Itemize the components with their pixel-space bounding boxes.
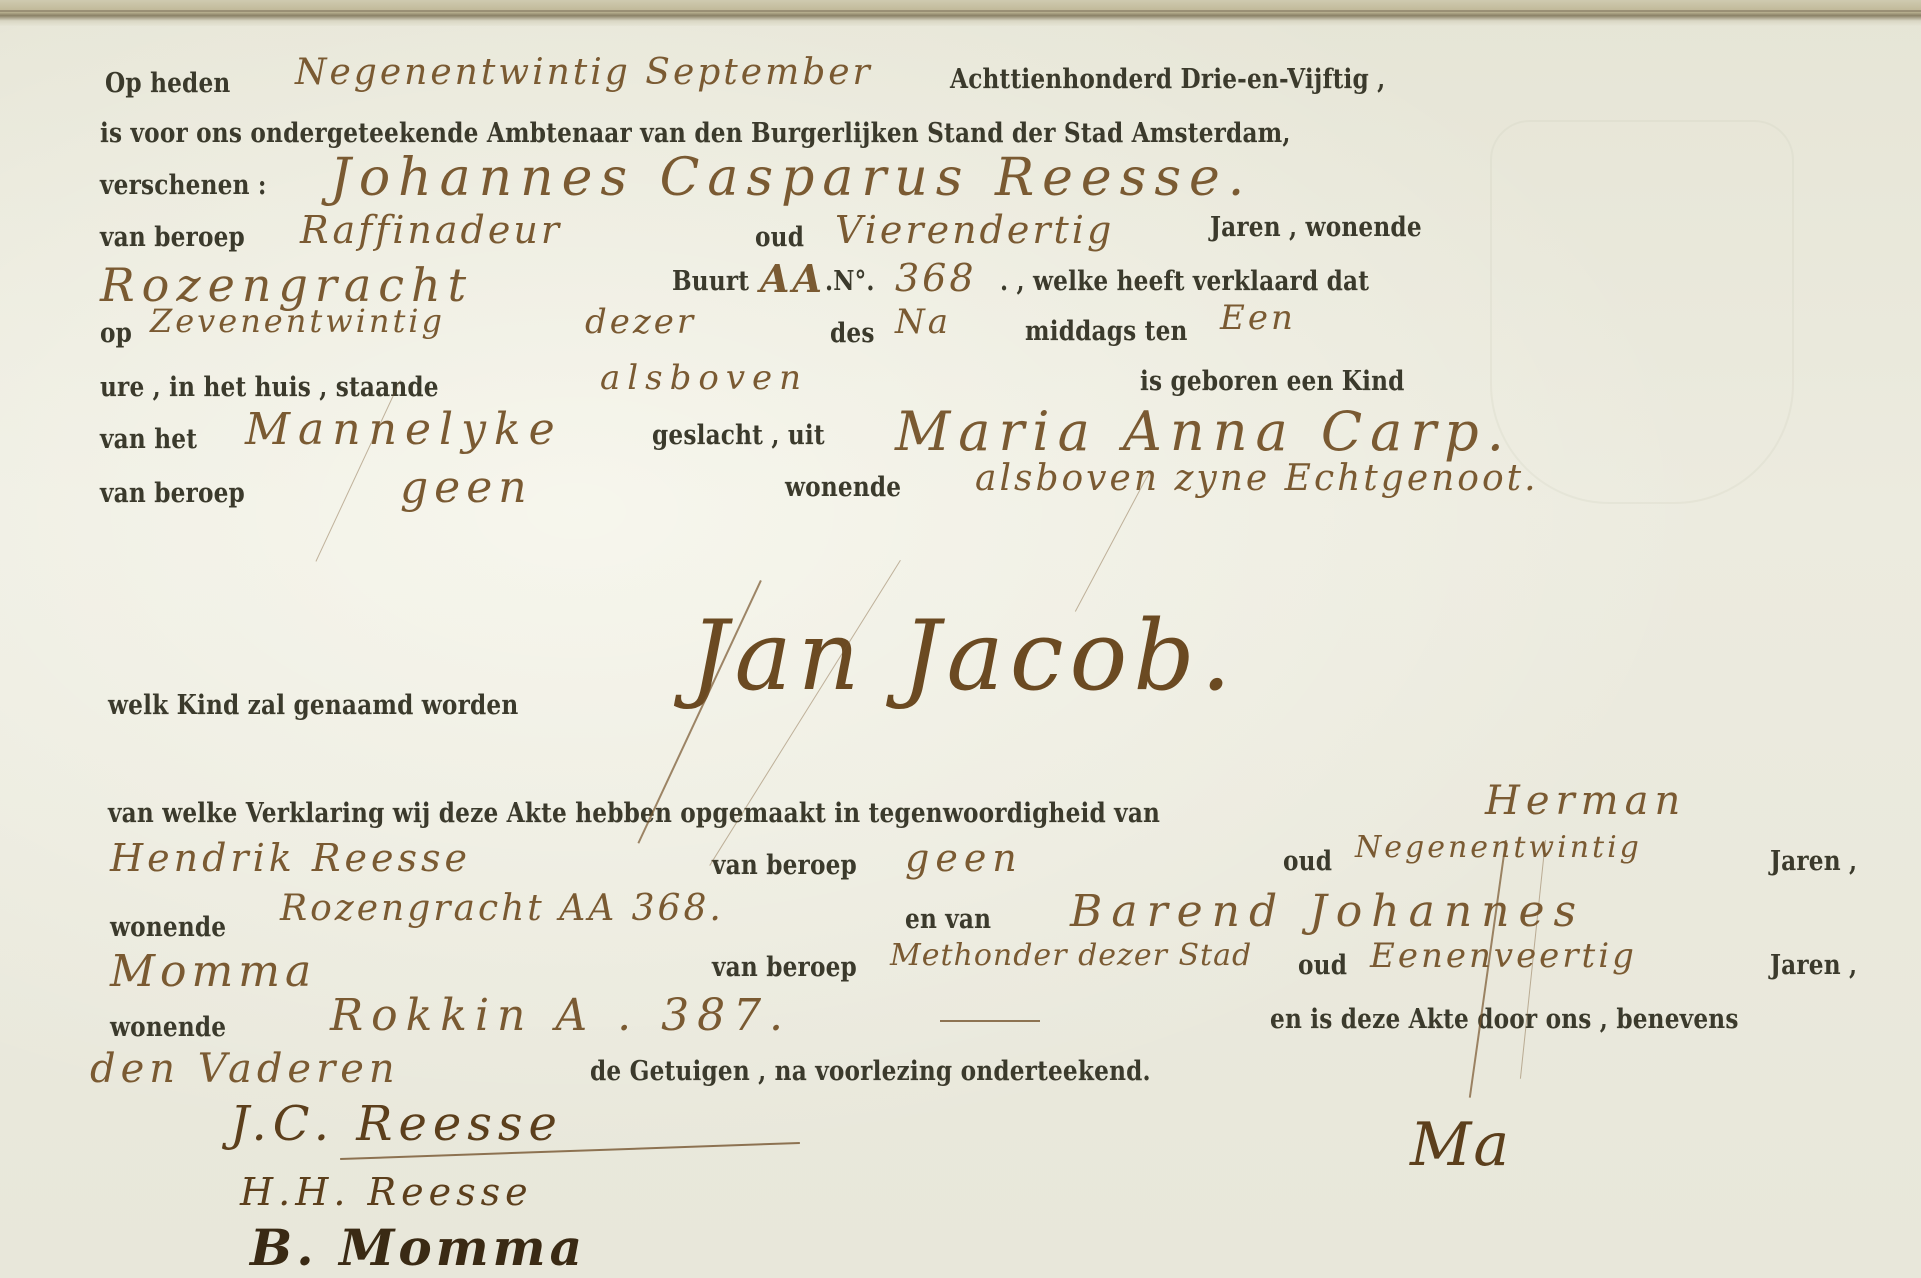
printed-van-beroep-3: van beroep bbox=[712, 850, 857, 881]
printed-jaren-wonende: Jaren , wonende bbox=[1210, 212, 1422, 243]
printed-no: .N°. bbox=[825, 266, 875, 297]
handwritten-witness2-age: Eenenveertig bbox=[1370, 936, 1637, 976]
signature-father: J.C. Reesse bbox=[230, 1096, 563, 1152]
printed-official-line: is voor ons ondergeteekende Ambtenaar va… bbox=[100, 118, 1291, 149]
signature-witness2: B. Momma bbox=[250, 1218, 586, 1277]
printed-verklaard: . , welke heeft verklaard dat bbox=[1000, 266, 1369, 297]
printed-jaren-3: Jaren , bbox=[1770, 950, 1857, 981]
handwritten-mother-residence: alsboven zyne Echtgenoot. bbox=[975, 458, 1539, 499]
handwritten-dezer: dezer bbox=[585, 302, 696, 342]
printed-verklaring-line: van welke Verklaring wij deze Akte hebbe… bbox=[108, 798, 1160, 829]
handwritten-father-occupation: Raffinadeur bbox=[300, 208, 562, 252]
signature-witness1: H.H. Reesse bbox=[240, 1170, 533, 1214]
handwritten-witness1-rest: Hendrik Reesse bbox=[110, 836, 471, 880]
printed-genaamd-worden: welk Kind zal genaamd worden bbox=[108, 690, 518, 721]
handwritten-witness1-age: Negenentwintig bbox=[1355, 830, 1642, 865]
handwritten-child-name: Jan Jacob. bbox=[690, 600, 1237, 712]
page-top-rule bbox=[0, 10, 1921, 12]
printed-op: op bbox=[100, 318, 132, 349]
handwritten-house-no: 368 bbox=[895, 256, 977, 300]
handwritten-date: Negenentwintig September bbox=[295, 52, 873, 93]
printed-en-van: en van bbox=[905, 904, 991, 935]
document-scan: Op heden Negenentwintig September Achtti… bbox=[0, 0, 1921, 1278]
handwritten-witness2-first: Barend Johannes bbox=[1070, 886, 1585, 937]
printed-oud-3: oud bbox=[1298, 950, 1347, 981]
handwritten-time-of-day: Na bbox=[895, 302, 951, 342]
printed-verschenen: verschenen : bbox=[100, 170, 267, 201]
handwritten-witness2-address: Rokkin A . 387. bbox=[330, 990, 791, 1041]
printed-geslacht-uit: geslacht , uit bbox=[652, 420, 825, 451]
handwritten-father-name: Johannes Casparus Reesse. bbox=[330, 148, 1252, 208]
handwritten-buurt: AA bbox=[760, 256, 825, 301]
signature-official: Ma bbox=[1410, 1110, 1511, 1180]
printed-geboren-kind: is geboren een Kind bbox=[1140, 366, 1405, 397]
printed-van-beroep-2: van beroep bbox=[100, 478, 245, 509]
printed-des: des bbox=[830, 318, 875, 349]
handwritten-den-vaderen: den Vaderen bbox=[90, 1046, 400, 1092]
page-top-edge bbox=[0, 0, 1921, 26]
printed-wonende-3: wonende bbox=[110, 1012, 226, 1043]
handwritten-witness1-occupation: geen bbox=[905, 836, 1023, 880]
handwritten-witness2-occupation: Methonder dezer Stad bbox=[890, 938, 1252, 973]
handwritten-father-age: Vierendertig bbox=[835, 208, 1114, 252]
printed-buurt: Buurt bbox=[672, 266, 749, 297]
handwritten-birth-day: Zevenentwintig bbox=[150, 302, 445, 340]
printed-van-beroep-1: van beroep bbox=[100, 222, 245, 253]
printed-van-het: van het bbox=[100, 424, 197, 455]
printed-wonende-2: wonende bbox=[110, 912, 226, 943]
embossed-seal bbox=[1490, 120, 1794, 504]
printed-op-heden: Op heden bbox=[105, 68, 230, 99]
handwritten-hour: Een bbox=[1220, 298, 1296, 338]
printed-ure-huis: ure , in het huis , staande bbox=[100, 372, 439, 403]
printed-en-is-deze-akte: en is deze Akte door ons , benevens bbox=[1270, 1004, 1739, 1035]
handwritten-witness2-rest: Momma bbox=[110, 946, 316, 997]
printed-getuigen-line: de Getuigen , na voorlezing onderteekend… bbox=[590, 1056, 1151, 1087]
handwritten-mother-name: Maria Anna Carp. bbox=[895, 400, 1512, 463]
printed-middags-ten: middags ten bbox=[1025, 316, 1188, 347]
printed-oud-2: oud bbox=[1283, 846, 1332, 877]
handwritten-sex: Mannelyke bbox=[245, 404, 563, 455]
handwritten-birth-place: alsboven bbox=[600, 358, 808, 398]
printed-wonende-1: wonende bbox=[785, 472, 901, 503]
handwritten-mother-occupation: geen bbox=[400, 462, 533, 513]
printed-van-beroep-4: van beroep bbox=[712, 952, 857, 983]
handwritten-witness1-first: Herman bbox=[1485, 778, 1686, 824]
printed-jaren-2: Jaren , bbox=[1770, 846, 1857, 877]
handwritten-witness1-address: Rozengracht AA 368. bbox=[280, 888, 724, 929]
fill-dash bbox=[940, 1020, 1040, 1022]
printed-year: Achttienhonderd Drie-en-Vijftig , bbox=[950, 64, 1385, 95]
printed-oud-1: oud bbox=[755, 222, 804, 253]
